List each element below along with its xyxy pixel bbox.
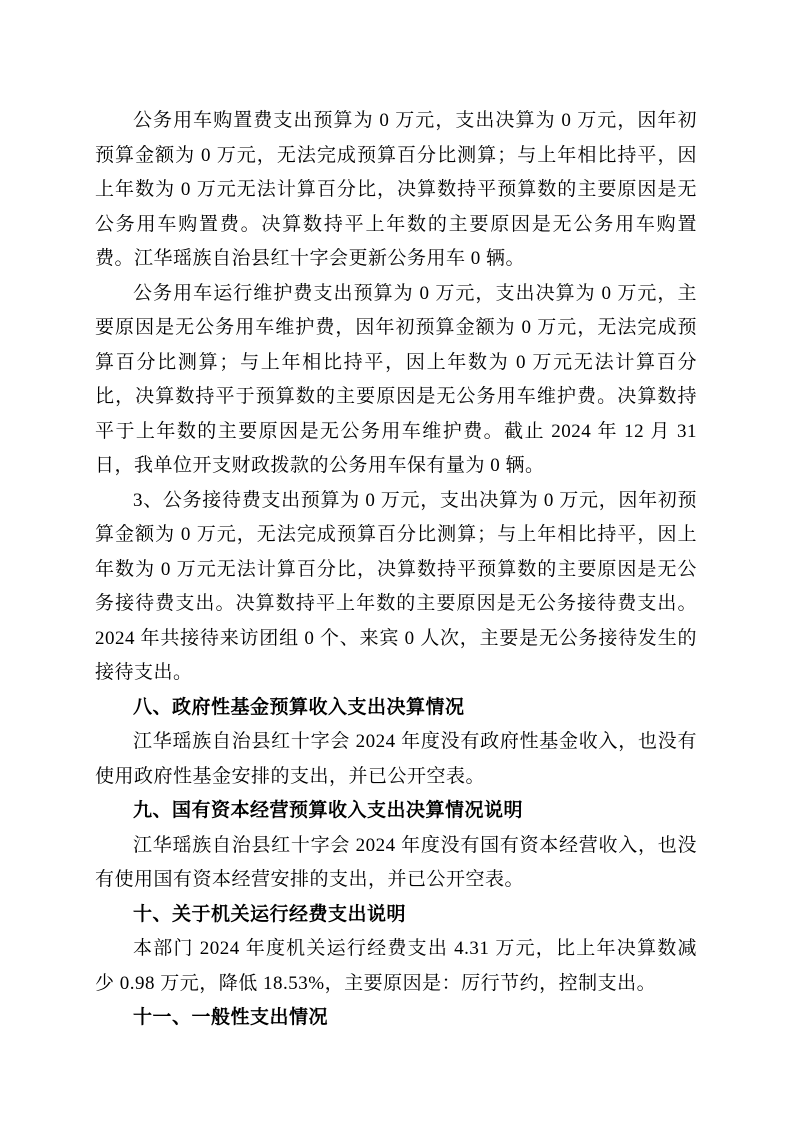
paragraph-vehicle-maintenance-expense: 公务用车运行维护费支出预算为 0 万元，支出决算为 0 万元，主要原因是无公务用… (95, 277, 697, 484)
document-page: 公务用车购置费支出预算为 0 万元，支出决算为 0 万元，因年初预算金额为 0 … (0, 0, 793, 1122)
paragraph-vehicle-purchase-expense: 公务用车购置费支出预算为 0 万元，支出决算为 0 万元，因年初预算金额为 0 … (95, 104, 697, 277)
paragraph-operating-expense-statement: 本部门 2024 年度机关运行经费支出 4.31 万元，比上年决算数减少 0.9… (95, 932, 697, 1001)
heading-section-10-operating-expense: 十、关于机关运行经费支出说明 (95, 898, 697, 933)
heading-section-11-general-expense: 十一、一般性支出情况 (95, 1001, 697, 1036)
heading-section-8-government-fund-budget: 八、政府性基金预算收入支出决算情况 (95, 691, 697, 726)
heading-section-9-state-capital-budget: 九、国有资本经营预算收入支出决算情况说明 (95, 794, 697, 829)
paragraph-government-fund-statement: 江华瑶族自治县红十字会 2024 年度没有政府性基金收入，也没有使用政府性基金安… (95, 725, 697, 794)
paragraph-state-capital-statement: 江华瑶族自治县红十字会 2024 年度没有国有资本经营收入，也没有使用国有资本经… (95, 829, 697, 898)
paragraph-official-reception-expense: 3、公务接待费支出预算为 0 万元，支出决算为 0 万元，因年初预算金额为 0 … (95, 484, 697, 691)
